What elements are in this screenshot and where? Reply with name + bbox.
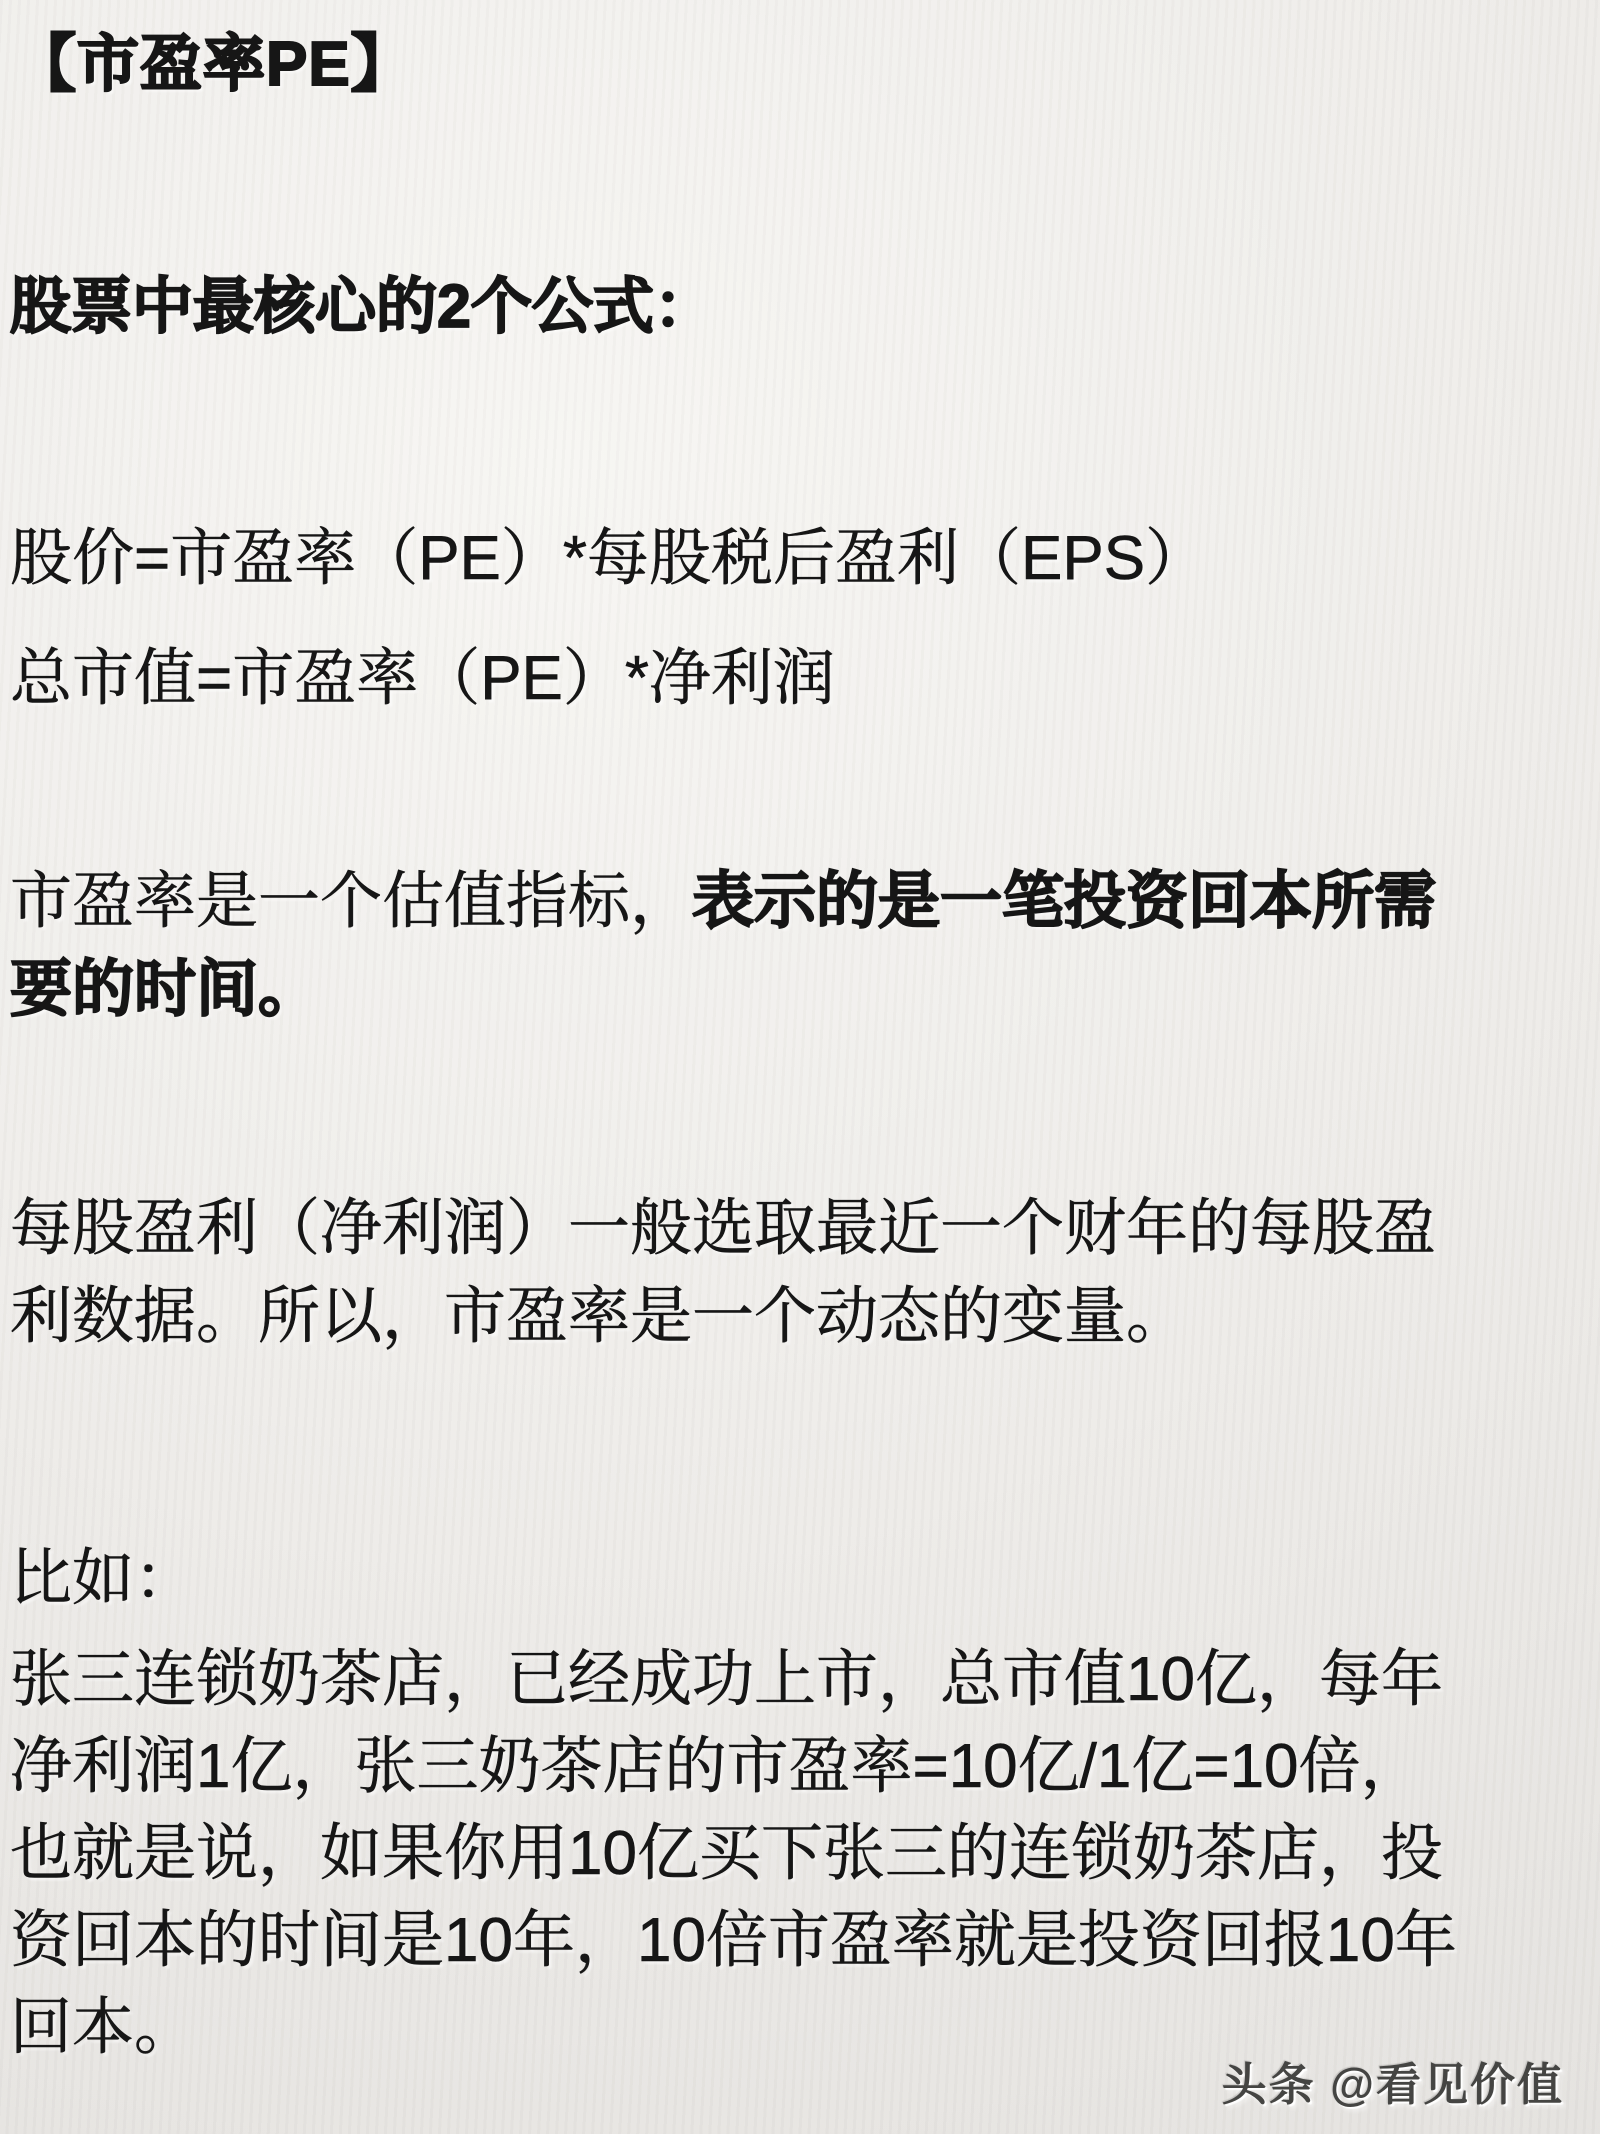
paragraph-line: 净利润1亿，张三奶茶店的市盈率=10亿/1亿=10倍， (10, 1723, 1457, 1810)
paragraph-eps-note: 每股盈利（净利润）一般选取最近一个财年的每股盈 利数据。所以，市盈率是一个动态的… (10, 1185, 1436, 1361)
article-title: 【市盈率PE】 (14, 14, 414, 103)
toutiao-watermark: 头条 @看见价值 (1222, 2048, 1564, 2113)
paragraph-line: 市盈率是一个估值指标，表示的是一笔投资回本所需 (10, 858, 1436, 946)
formula-market-cap: 总市值=市盈率（PE）*净利润 (10, 628, 835, 717)
paragraph-pe-definition: 市盈率是一个估值指标，表示的是一笔投资回本所需 要的时间。 (10, 858, 1436, 1034)
paragraph-line: 每股盈利（净利润）一般选取最近一个财年的每股盈 (10, 1185, 1436, 1273)
article-page: 【市盈率PE】 股票中最核心的2个公式： 股价=市盈率（PE）*每股税后盈利（E… (0, 0, 1600, 2134)
section-heading: 股票中最核心的2个公式： (10, 258, 715, 345)
pe-definition-regular-text: 市盈率是一个估值指标， (10, 867, 692, 936)
pe-definition-bold-text-continued: 要的时间。 (10, 955, 320, 1024)
paragraph-example: 张三连锁奶茶店，已经成功上市，总市值10亿，每年 净利润1亿，张三奶茶店的市盈率… (10, 1636, 1457, 2071)
paragraph-line: 张三连锁奶茶店，已经成功上市，总市值10亿，每年 (10, 1636, 1457, 1723)
pe-definition-bold-text: 表示的是一笔投资回本所需 (692, 867, 1436, 936)
paragraph-line: 利数据。所以，市盈率是一个动态的变量。 (10, 1273, 1436, 1361)
paragraph-line: 要的时间。 (10, 946, 1436, 1034)
example-label: 比如： (10, 1528, 196, 1617)
formula-stock-price: 股价=市盈率（PE）*每股税后盈利（EPS） (10, 508, 1207, 597)
paragraph-line: 也就是说，如果你用10亿买下张三的连锁奶茶店，投 (10, 1810, 1457, 1897)
paragraph-line: 资回本的时间是10年，10倍市盈率就是投资回报10年 (10, 1897, 1457, 1984)
